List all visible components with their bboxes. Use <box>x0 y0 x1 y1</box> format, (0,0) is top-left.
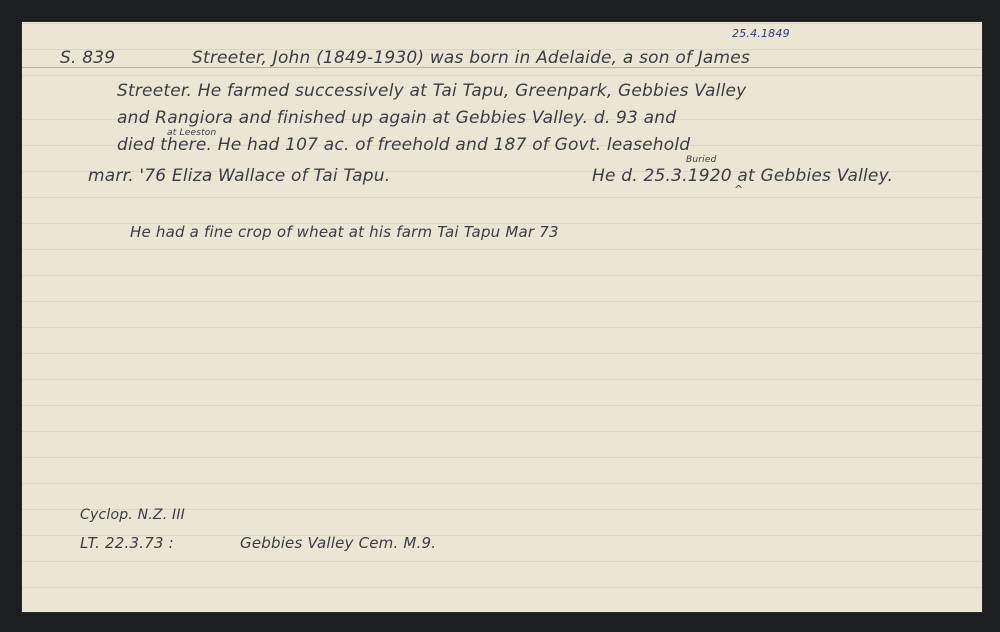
entry-line-4: died there. He had 107 ac. of freehold a… <box>117 137 690 154</box>
index-card: S. 839 Streeter, John (1849-1930) was bo… <box>22 22 982 612</box>
reference-number: S. 839 <box>60 50 115 67</box>
entry-line-3: and Rangiora and finished up again at Ge… <box>117 110 676 127</box>
burial-insert: Buried <box>686 156 717 165</box>
entry-line-5: marr. '76 Eliza Wallace of Tai Tapu. <box>88 168 390 185</box>
entry-line-1: Streeter, John (1849-1930) was born in A… <box>192 50 750 67</box>
cemetery-reference: Gebbies Valley Cem. M.9. <box>240 536 436 551</box>
source-cyclopedia: Cyclop. N.Z. III <box>80 508 185 522</box>
entry-line-2: Streeter. He farmed successively at Tai … <box>117 83 746 100</box>
wheat-crop-note: He had a fine crop of wheat at his farm … <box>130 225 559 240</box>
insert-caret: ^ <box>734 184 743 195</box>
birth-date-annotation: 25.4.1849 <box>732 28 790 39</box>
lt-reference: LT. 22.3.73 : <box>80 536 174 551</box>
